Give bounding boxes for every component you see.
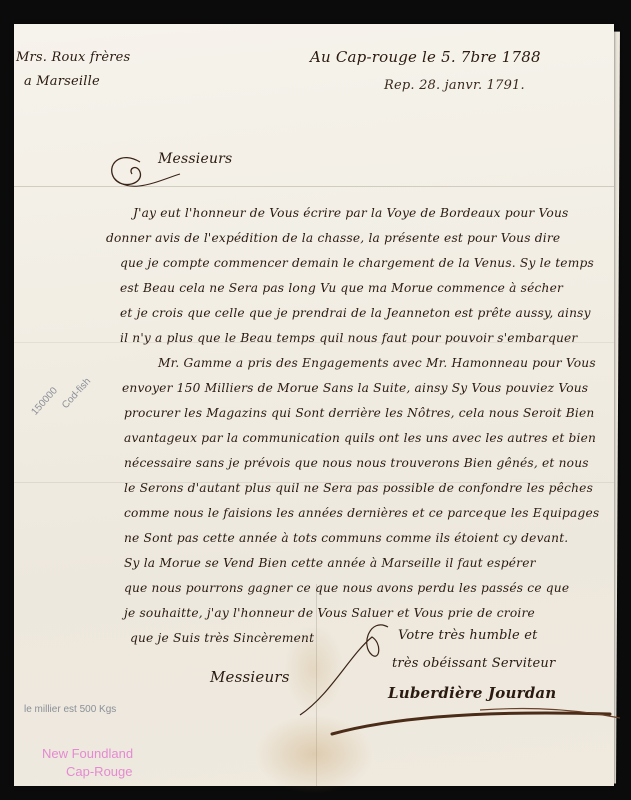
closing-line-1: Votre très humble et (398, 628, 538, 643)
pink-note-line-1: New Foundland (42, 746, 133, 761)
body-line: est Beau cela ne Sera pas long Vu que ma… (120, 281, 563, 295)
body-line: que nous pourrons gagner ce que nous avo… (124, 581, 569, 595)
body-line: envoyer 150 Milliers de Morue Sans la Su… (122, 381, 588, 395)
closing-salutation: Messieurs (210, 668, 290, 686)
body-line: comme nous le faisions les années derniè… (124, 506, 599, 520)
body-line: J'ay eut l'honneur de Vous écrire par la… (133, 206, 568, 220)
body-line: et je crois que celle que je prendrai de… (120, 306, 591, 320)
salutation: Messieurs (158, 151, 232, 167)
body-line: avantageux par la communication quils on… (124, 431, 596, 445)
reply-note: Rep. 28. janvr. 1791. (384, 78, 525, 93)
pink-note-line-2: Cap-Rouge (66, 764, 133, 779)
closing-line-2: très obéissant Serviteur (392, 656, 555, 671)
body-line: nécessaire sans je prévois que nous nous… (124, 456, 589, 470)
body-line: il n'y a plus que le Beau temps quil nou… (120, 331, 577, 345)
body-line: Sy la Morue se Vend Bien cette année à M… (124, 556, 536, 570)
pencil-bottom-note: le millier est 500 Kgs (24, 704, 116, 715)
signature-underline-icon (330, 700, 620, 740)
body-line: Mr. Gamme a pris des Engagements avec Mr… (158, 356, 596, 370)
recipient-name: Mrs. Roux frères (16, 50, 130, 65)
body-line: procurer les Magazins qui Sont derrière … (124, 406, 594, 420)
body-line: donner avis de l'expédition de la chasse… (106, 231, 560, 245)
place-date: Au Cap-rouge le 5. 7bre 1788 (310, 48, 541, 66)
body-line: que je compte commencer demain le charge… (120, 256, 594, 270)
body-line: que je Suis très Sincèrement (130, 631, 314, 645)
body-line: ne Sont pas cette année à tots communs c… (124, 531, 568, 545)
body-line: le Serons d'autant plus quil ne Sera pas… (124, 481, 593, 495)
recipient-city: a Marseille (24, 74, 100, 89)
